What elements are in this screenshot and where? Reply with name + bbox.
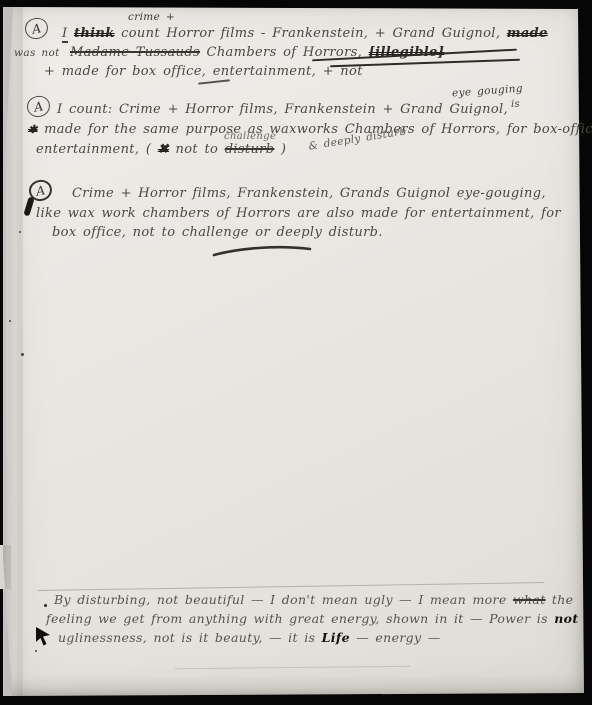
binding-notch [0,545,11,589]
handwriting-line: feeling we get from anything with great … [46,611,578,626]
crossed-out-word: made [507,26,548,41]
dust-speck [19,231,21,233]
phrase: ) [281,142,286,157]
phrase: entertainment, ( [36,142,151,157]
phrase: uglinessness, not is it beauty, — it is [58,630,315,645]
phrase: Horror films - Frankenstein, + Grand Gui… [166,26,500,41]
handwriting-line: entertainment, ( ✖ not to disturb ) [36,142,286,157]
marginal-note: was not [14,47,60,59]
dust-speck [21,353,24,356]
handwriting-line: I count: Crime + Horror films, Frankenst… [57,102,508,117]
marker-label: A [35,182,46,198]
stray-ink-mark: ✱ [28,123,38,136]
marker-label: A [31,20,42,36]
crossed-out-phrase: Madame Tussauds [70,45,200,60]
crossed-out-mark: ✖ [158,142,169,157]
handwriting-line: By disturbing, not beautiful — I don't m… [54,592,573,607]
phrase: made for the same purpose as waxworks Ch… [44,122,592,137]
crossed-out-word: think [74,26,115,41]
word-underlined: I [62,26,68,43]
handwriting-line: uglinessness, not is it beauty, — it is … [58,630,441,645]
phrase: By disturbing, not beautiful — I don't m… [54,592,507,607]
dust-speck [35,650,37,652]
ink-speck [44,604,47,607]
arrow-ink-blot-icon [34,626,53,647]
word: the [552,592,574,607]
handwriting-line: box office, not to challenge or deeply d… [52,225,383,240]
handwriting-line: Crime + Horror films, Frankenstein, Gran… [72,186,546,201]
phrase: not to [175,142,218,157]
phrase: — energy — [356,630,440,645]
crossed-out-word: disturb [225,142,275,157]
word: count [121,26,160,41]
crossed-out-word: what [513,592,546,607]
insertion-above-line: crime + [128,11,175,23]
handwriting-line: I think count Horror films - Frankenstei… [62,26,548,41]
handwriting-line: + made for box office, entertainment, + … [44,64,363,79]
insertion-above-line: challenge [224,131,276,142]
handwriting-line: ✱ made for the same purpose as waxworks … [28,122,592,137]
phrase: feeling we get from anything with great … [46,611,548,626]
handwriting-line: Madame Tussauds Chambers of Horrors, [il… [70,45,444,60]
emphasized-word: Life [322,630,350,645]
caret-insertion: is [511,99,520,110]
emphasized-word: not [554,611,578,626]
flourish-underline [212,242,316,260]
marker-label: A [33,98,44,114]
scanned-manuscript-photo: A crime + I think count Horror films - F… [0,0,592,705]
dust-speck [9,320,11,322]
handwriting-line: like wax work chambers of Horrors are al… [36,206,561,221]
